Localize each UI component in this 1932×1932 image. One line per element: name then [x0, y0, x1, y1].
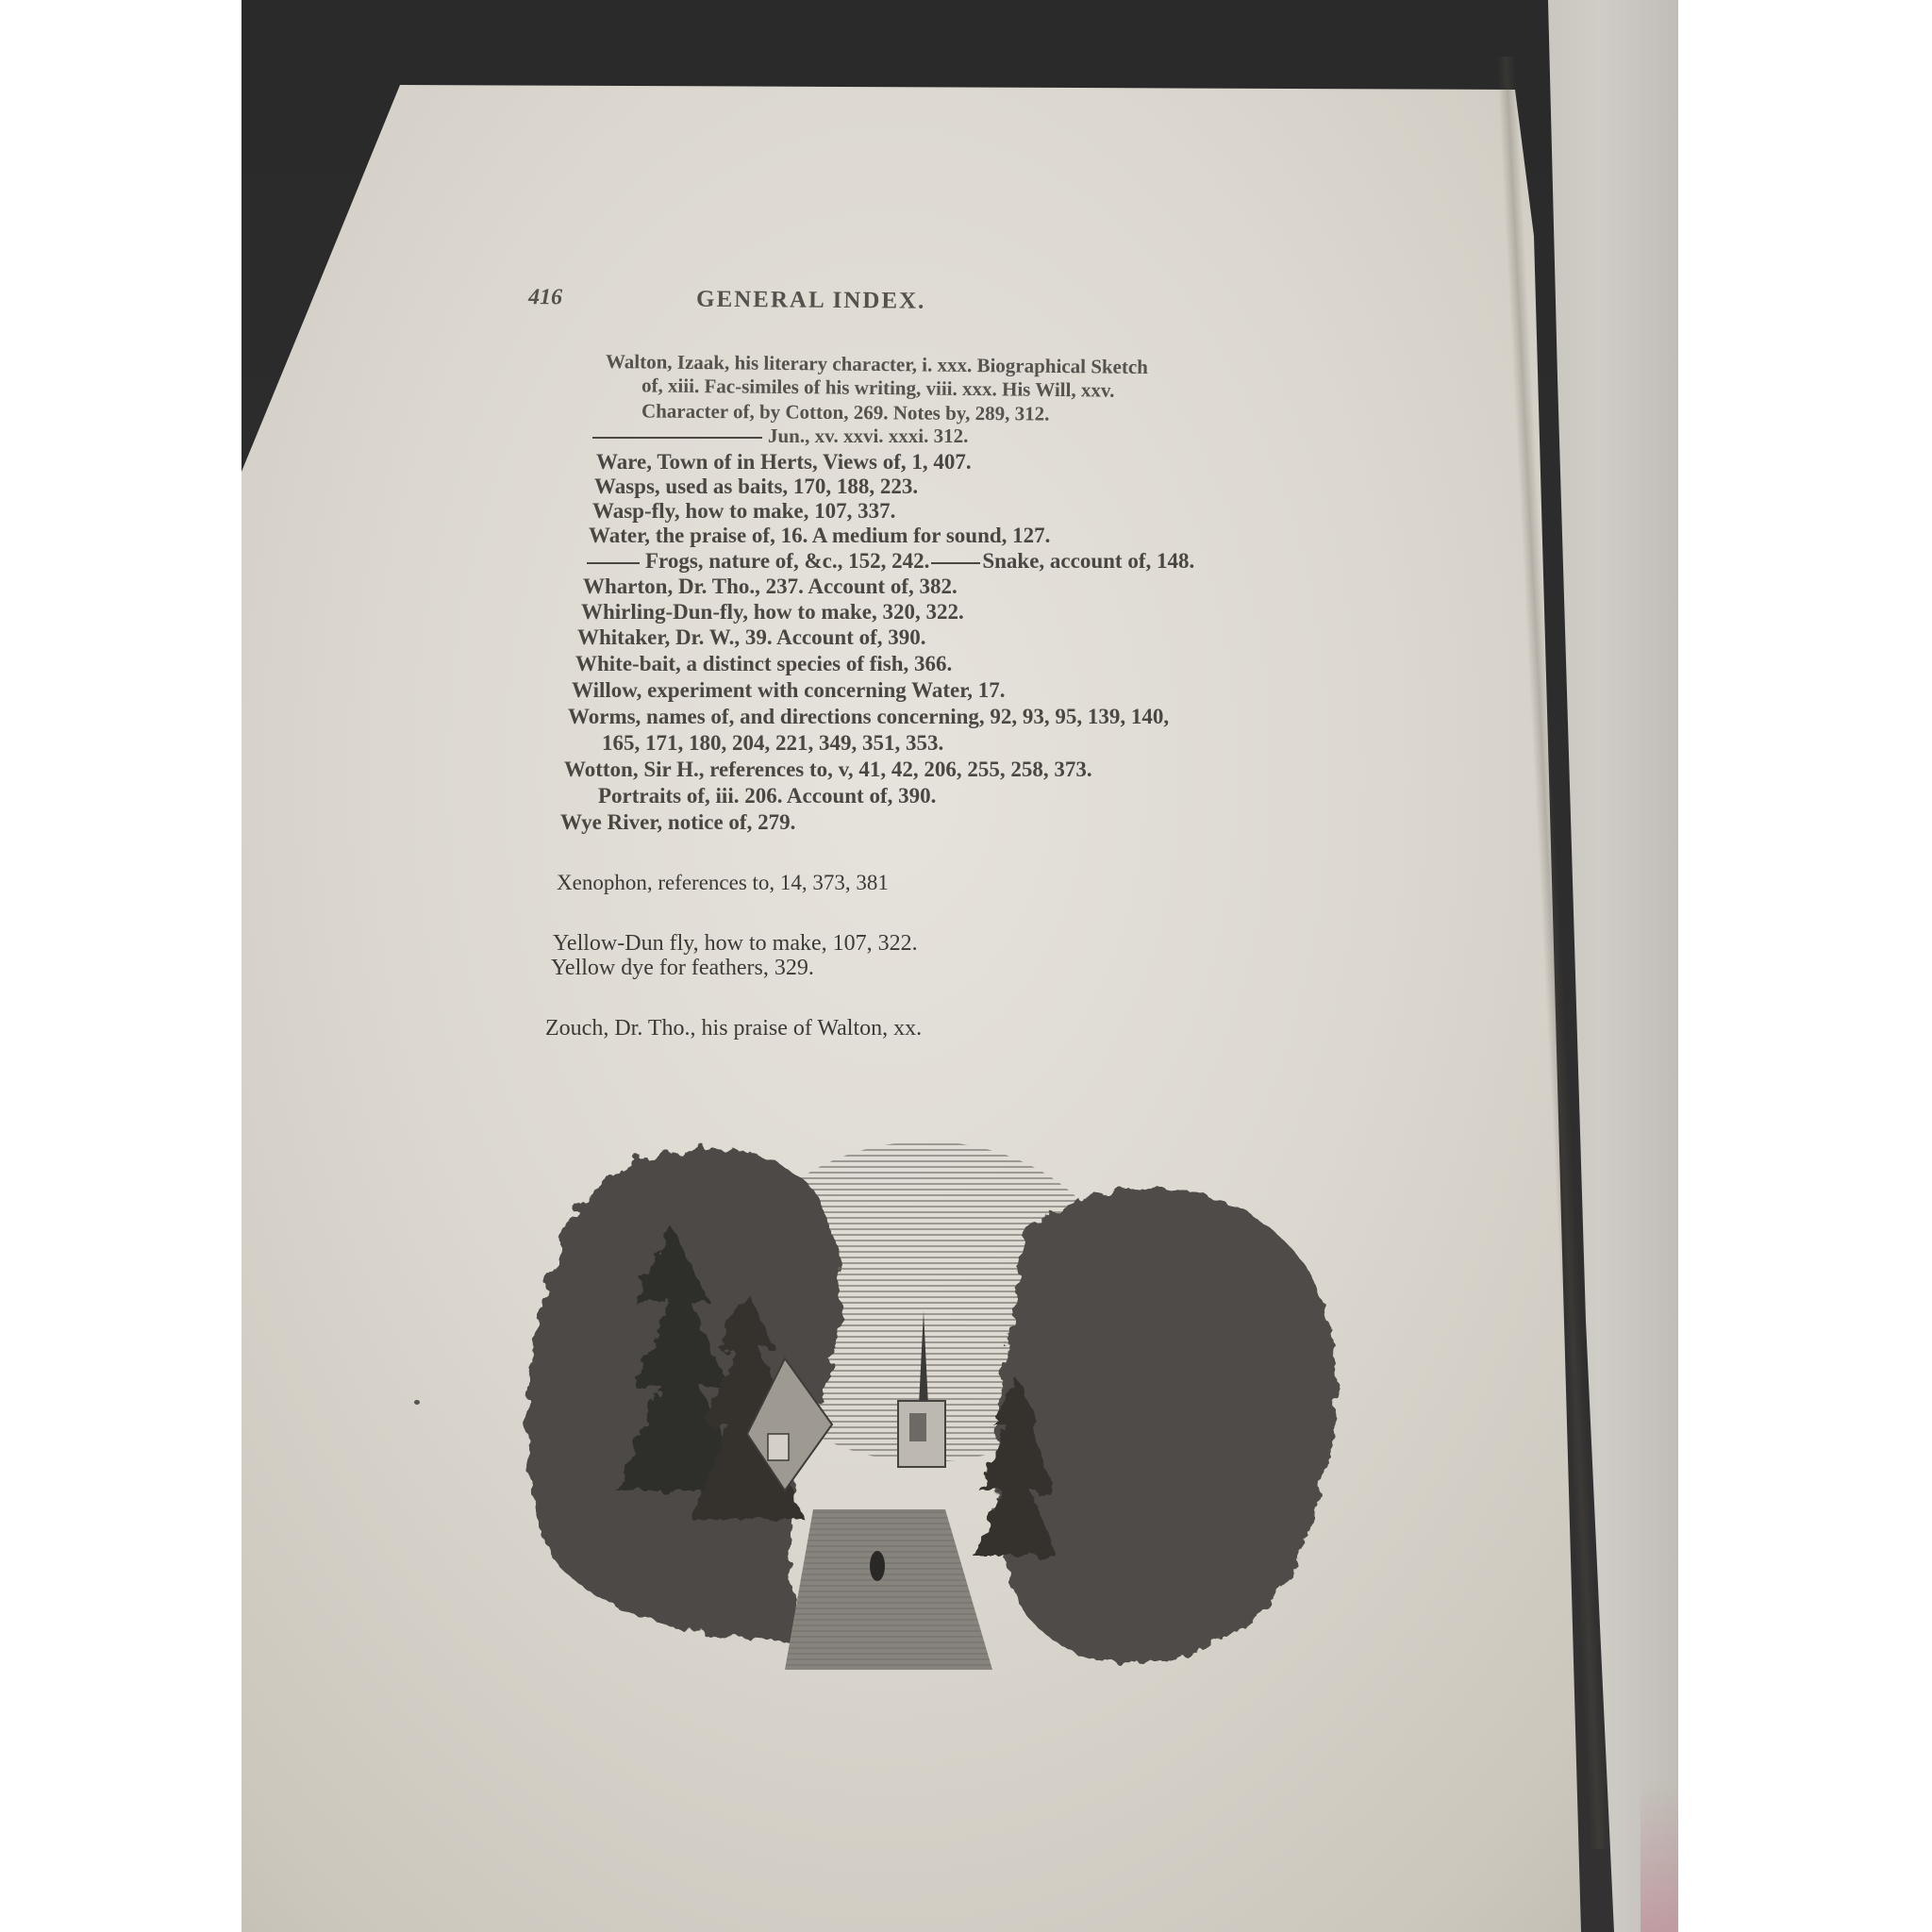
ditto-rule	[592, 437, 762, 439]
index-entry: Zouch, Dr. Tho., his praise of Walton, x…	[545, 1017, 922, 1040]
index-entry: Wye River, notice of, 279.	[560, 811, 795, 833]
index-entry: Xenophon, references to, 14, 373, 381	[557, 872, 889, 893]
index-entry: Yellow-Dun fly, how to make, 107, 322.	[553, 932, 918, 955]
index-entry: Yellow dye for feathers, 329.	[551, 957, 814, 979]
index-entry: Water, the praise of, 16. A medium for s…	[589, 525, 1050, 546]
index-entry: Whirling-Dun-fly, how to make, 320, 322.	[581, 601, 964, 623]
index-entry-continued: Jun., xv. xxvi. xxxi. 312.	[592, 426, 968, 446]
index-entry-continued: 165, 171, 180, 204, 221, 349, 351, 353.	[602, 732, 943, 754]
index-entry: Wharton, Dr. Tho., 237. Account of, 382.	[583, 575, 958, 597]
index-entry: Willow, experiment with concerning Water…	[572, 679, 1006, 701]
index-entry: Ware, Town of in Herts, Views of, 1, 407…	[596, 451, 972, 473]
ditto-rule	[587, 562, 640, 564]
index-entry: of, xiii. Fac-similes of his writing, vi…	[641, 375, 1115, 400]
index-entry: Wotton, Sir H., references to, v, 41, 42…	[564, 758, 1092, 780]
index-entry: White-bait, a distinct species of fish, …	[575, 653, 952, 675]
index-entry: Wasps, used as baits, 170, 188, 223.	[594, 475, 918, 497]
index-entry: Whitaker, Dr. W., 39. Account of, 390.	[577, 626, 926, 648]
index-entry: Worms, names of, and directions concerni…	[568, 706, 1169, 727]
index-entry: Character of, by Cotton, 269. Notes by, …	[641, 401, 1050, 424]
book-photo: 416 GENERAL INDEX. Walton, Izaak, his li…	[241, 0, 1678, 1932]
landscape-engraving	[502, 1113, 1370, 1679]
index-entry-continued: Frogs, nature of, &c., 152, 242.Snake, a…	[587, 550, 1194, 572]
index-entry: Wasp-fly, how to make, 107, 337.	[592, 500, 895, 522]
ditto-rule	[931, 562, 980, 564]
index-entry-continued: Portraits of, iii. 206. Account of, 390.	[598, 785, 936, 807]
